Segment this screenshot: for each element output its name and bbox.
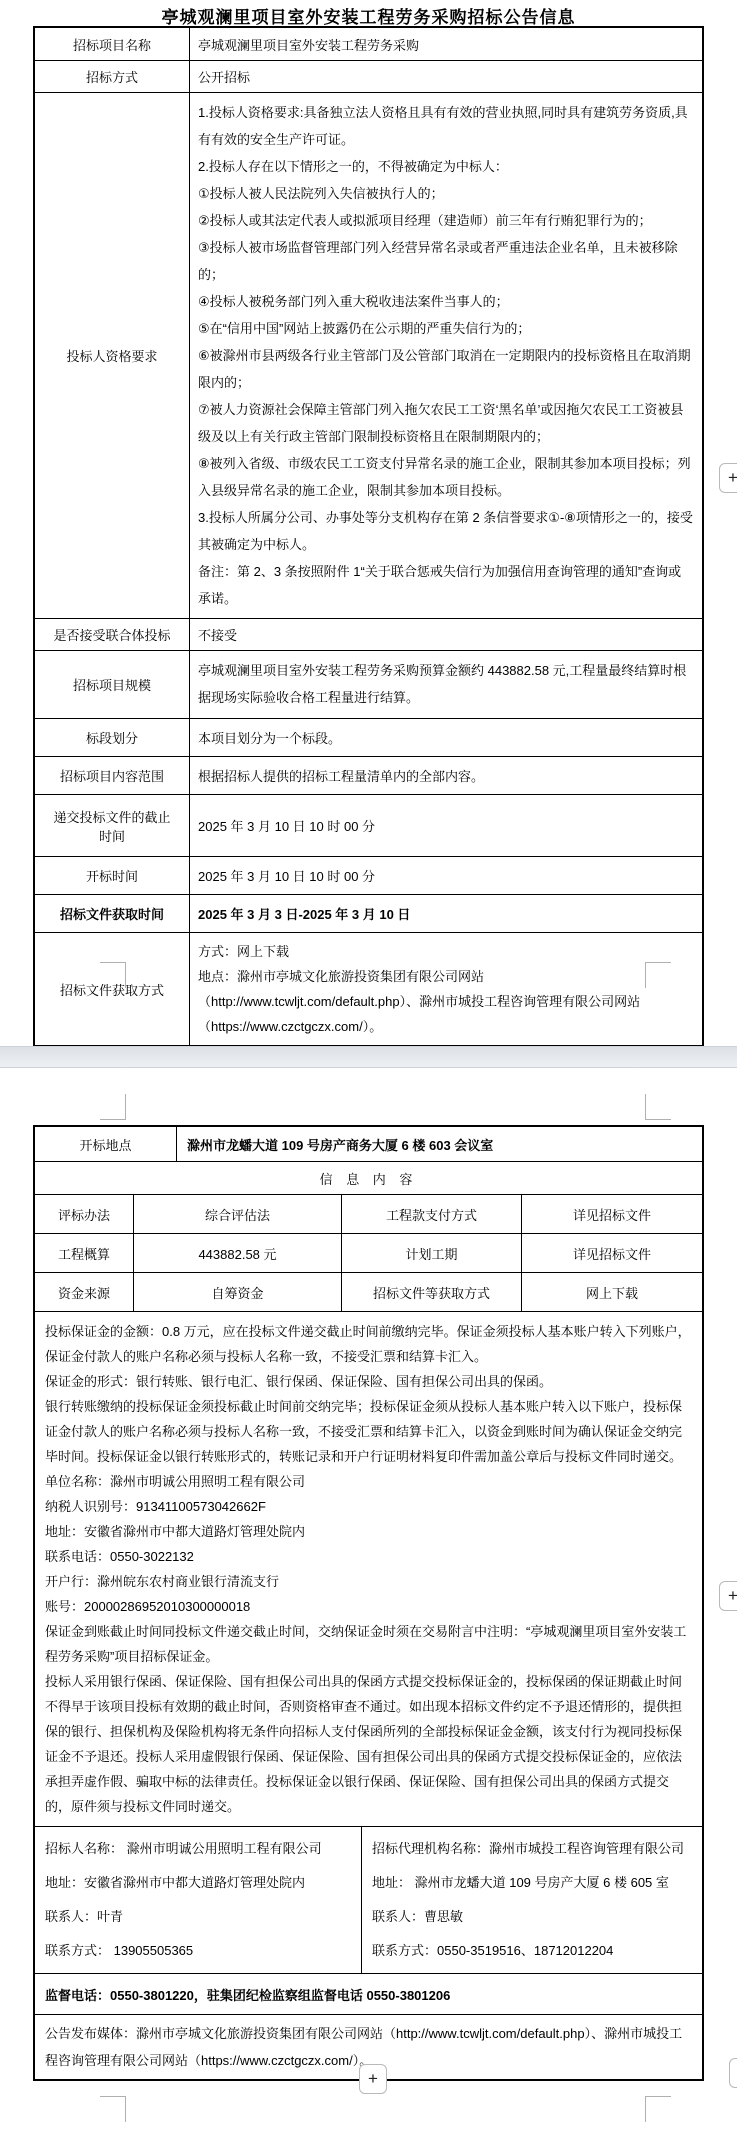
margin-mark [645,1094,671,1120]
bidder-address: 地址：安徽省滁州市中都大道路灯管理处院内 [45,1866,351,1900]
deposit-paragraph: 纳税人识别号：91341100573042662F [45,1494,692,1519]
bidder-name: 招标人名称： 滁州市明诚公用照明工程有限公司 [45,1832,351,1866]
plus-icon: + [728,1586,737,1606]
grid-row: 资金来源 自筹资金 招标文件等获取方式 网上下载 [35,1272,702,1311]
page-separator [0,1046,737,1068]
qualification-paragraph: ③投标人被市场监督管理部门列入经营异常名录或者严重违法企业名单，且未被移除的； [198,234,694,288]
page-1: 亭城观澜里项目室外安装工程劳务采购招标公告信息 招标项目名称 亭城观澜里项目室外… [0,0,737,1046]
row-value: 2025 年 3 月 10 日 10 时 00 分 [190,795,702,856]
table-row: 开标时间 2025 年 3 月 10 日 10 时 00 分 [35,856,702,894]
document-editor: 亭城观澜里项目室外安装工程劳务采购招标公告信息 招标项目名称 亭城观澜里项目室外… [0,0,737,2130]
deposit-paragraph: 联系电话：0550-3022132 [45,1544,692,1569]
add-column-button[interactable]: + [729,2058,737,2088]
table-row: 招标项目内容范围 根据招标人提供的招标工程量清单内的全部内容。 [35,756,702,794]
insert-row-button[interactable]: + [719,463,737,493]
scale-text: 亭城观澜里项目室外安装工程劳务采购预算金额约 443882.58 元,工程量最终… [198,657,694,711]
deposit-paragraph: 单位名称：滁州市明诚公用照明工程有限公司 [45,1469,692,1494]
qualification-paragraph: 2.投标人存在以下情形之一的，不得被确定为中标人： [198,153,694,180]
insert-row-button[interactable]: + [719,1581,737,1611]
qualification-paragraph: ⑥被滁州市县两级各行业主管部门及公管部门取消在一定期限内的投标资格且在取消期限内… [198,342,694,396]
row-value: 2025 年 3 月 3 日-2025 年 3 月 10 日 [190,895,702,932]
grid-cell: 评标办法 [35,1195,134,1233]
section-header-row: 信 息 内 容 [35,1161,702,1194]
info-content-table: 开标地点 滁州市龙蟠大道 109 号房产商务大厦 6 楼 603 会议室 信 息… [33,1125,704,2081]
row-label: 标段划分 [35,719,190,756]
row-label: 投标人资格要求 [35,93,190,618]
qualification-paragraph: ①投标人被人民法院列入失信被执行人的； [198,180,694,207]
grid-cell: 资金来源 [35,1273,134,1311]
grid-cell: 综合评估法 [134,1195,342,1233]
deposit-paragraph: 保证金的形式：银行转账、银行电汇、银行保函、保证保险、国有担保公司出具的保函。 [45,1369,692,1394]
deposit-paragraph: 地址：安徽省滁州市中都大道路灯管理处院内 [45,1519,692,1544]
grid-cell: 工程概算 [35,1234,134,1272]
qualification-paragraph: 1.投标人资格要求:具备独立法人资格且具有有效的营业执照,同时具有建筑劳务资质,… [198,99,694,153]
row-value: 亭城观澜里项目室外安装工程劳务采购 [190,28,702,60]
grid-row: 评标办法 综合评估法 工程款支付方式 详见招标文件 [35,1194,702,1233]
agency-address: 地址： 滁州市龙蟠大道 109 号房产大厦 6 楼 605 室 [372,1866,692,1900]
row-label: 开标地点 [35,1127,177,1161]
table-row: 招标方式 公开招标 [35,60,702,92]
grid-cell: 工程款支付方式 [342,1195,522,1233]
table-row: 标段划分 本项目划分为一个标段。 [35,718,702,756]
row-value: 滁州市龙蟠大道 109 号房产商务大厦 6 楼 603 会议室 [177,1127,702,1161]
row-value: 亭城观澜里项目室外安装工程劳务采购预算金额约 443882.58 元,工程量最终… [190,651,702,718]
grid-cell: 自筹资金 [134,1273,342,1311]
download-line: 地点：滁州市亭城文化旅游投资集团有限公司网站 [198,964,694,989]
tender-info-table: 招标项目名称 亭城观澜里项目室外安装工程劳务采购 招标方式 公开招标 投标人资格… [33,26,704,1046]
table-row-download: 招标文件获取方式 方式：网上下载 地点：滁州市亭城文化旅游投资集团有限公司网站 … [35,932,702,1045]
add-row-bottom-button[interactable]: + [359,2064,387,2094]
deposit-paragraph: 投标保证金的金额：0.8 万元，应在投标文件递交截止时间前缴纳完毕。保证金须投标… [45,1319,692,1369]
plus-icon: + [368,2069,378,2089]
table-row: 招标文件获取时间 2025 年 3 月 3 日-2025 年 3 月 10 日 [35,894,702,932]
qualification-paragraph: 备注：第 2、3 条按照附件 1“关于联合惩戒失信行为加强信用查询管理的通知”查… [198,558,694,612]
contacts-row: 招标人名称： 滁州市明诚公用照明工程有限公司 地址：安徽省滁州市中都大道路灯管理… [35,1826,702,1973]
agency-phone: 联系方式：0550-3519516、18712012204 [372,1934,692,1968]
row-label: 招标文件获取时间 [35,895,190,932]
row-label: 开标时间 [35,857,190,894]
bidder-contact: 联系人：叶青 [45,1900,351,1934]
table-row: 招标项目名称 亭城观澜里项目室外安装工程劳务采购 [35,28,702,60]
deposit-row: 投标保证金的金额：0.8 万元，应在投标文件递交截止时间前缴纳完毕。保证金须投标… [35,1311,702,1826]
bidder-phone: 联系方式： 13905505365 [45,1934,351,1968]
table-row: 开标地点 滁州市龙蟠大道 109 号房产商务大厦 6 楼 603 会议室 [35,1127,702,1161]
row-label: 招标方式 [35,61,190,92]
section-header: 信 息 内 容 [35,1162,702,1194]
grid-row: 工程概算 443882.58 元 计划工期 详见招标文件 [35,1233,702,1272]
grid-cell: 招标文件等获取方式 [342,1273,522,1311]
row-label: 招标项目名称 [35,28,190,60]
deposit-paragraph: 银行转账缴纳的投标保证金须投标截止时间前交纳完毕；投标保证金须从投标人基本账户转… [45,1394,692,1469]
row-label: 招标文件获取方式 [35,933,190,1045]
row-label: 是否接受联合体投标 [35,619,190,650]
margin-mark [100,1094,126,1120]
margin-mark [100,2096,126,2122]
plus-icon: + [728,468,737,488]
qualifications-text: 1.投标人资格要求:具备独立法人资格且具有有效的营业执照,同时具有建筑劳务资质,… [190,93,702,618]
margin-mark [645,962,671,988]
deposit-paragraph: 投标人采用银行保函、保证保险、国有担保公司出具的保函方式提交投标保证金的，投标保… [45,1669,692,1819]
row-label: 招标项目规模 [35,651,190,718]
grid-cell: 详见招标文件 [522,1234,702,1272]
download-line: （http://www.tcwljt.com/default.php）、滁州市城… [198,989,694,1014]
row-value: 根据招标人提供的招标工程量清单内的全部内容。 [190,757,702,794]
page-title: 亭城观澜里项目室外安装工程劳务采购招标公告信息 [0,0,737,26]
row-value: 不接受 [190,619,702,650]
grid-cell: 详见招标文件 [522,1195,702,1233]
row-label: 递交投标文件的截止时间 [35,795,190,856]
qualification-paragraph: 3.投标人所属分公司、办事处等分支机构存在第 2 条信誉要求①-⑧项情形之一的，… [198,504,694,558]
table-row-qualifications: 投标人资格要求 1.投标人资格要求:具备独立法人资格且具有有效的营业执照,同时具… [35,92,702,618]
table-row: 是否接受联合体投标 不接受 [35,618,702,650]
qualification-paragraph: ⑧被列入省级、市级农民工工资支付异常名录的施工企业，限制其参加本项目投标；列入县… [198,450,694,504]
deposit-paragraph: 账号：20000286952010300000018 [45,1594,692,1619]
margin-mark [100,962,126,988]
supervision-row: 监督电话：0550-3801220，驻集团纪检监察组监督电话 0550-3801… [35,1973,702,2014]
deposit-text: 投标保证金的金额：0.8 万元，应在投标文件递交截止时间前缴纳完毕。保证金须投标… [35,1312,702,1826]
table-row: 递交投标文件的截止时间 2025 年 3 月 10 日 10 时 00 分 [35,794,702,856]
row-value: 2025 年 3 月 10 日 10 时 00 分 [190,857,702,894]
agency-name: 招标代理机构名称：滁州市城投工程咨询管理有限公司 [372,1832,692,1866]
page-2: 开标地点 滁州市龙蟠大道 109 号房产商务大厦 6 楼 603 会议室 信 息… [0,1068,737,2128]
grid-cell: 443882.58 元 [134,1234,342,1272]
bidder-block: 招标人名称： 滁州市明诚公用照明工程有限公司 地址：安徽省滁州市中都大道路灯管理… [35,1827,362,1973]
margin-mark [645,2096,671,2122]
supervision-text: 监督电话：0550-3801220，驻集团纪检监察组监督电话 0550-3801… [35,1974,702,2014]
row-label: 招标项目内容范围 [35,757,190,794]
qualification-paragraph: ②投标人或其法定代表人或拟派项目经理（建造师）前三年有行贿犯罪行为的； [198,207,694,234]
row-value: 公开招标 [190,61,702,92]
agency-block: 招标代理机构名称：滁州市城投工程咨询管理有限公司 地址： 滁州市龙蟠大道 109… [362,1827,702,1973]
download-line: 方式：网上下载 [198,939,694,964]
qualification-paragraph: ⑦被人力资源社会保障主管部门列入拖欠农民工工资‘黑名单’或因拖欠农民工工资被县级… [198,396,694,450]
qualification-paragraph: ④投标人被税务部门列入重大税收违法案件当事人的； [198,288,694,315]
grid-cell: 计划工期 [342,1234,522,1272]
agency-contact: 联系人：曹思敏 [372,1900,692,1934]
deposit-paragraph: 保证金到账截止时间同投标文件递交截止时间，交纳保证金时须在交易附言中注明：“亭城… [45,1619,692,1669]
table-row: 招标项目规模 亭城观澜里项目室外安装工程劳务采购预算金额约 443882.58 … [35,650,702,718]
download-text: 方式：网上下载 地点：滁州市亭城文化旅游投资集团有限公司网站 （http://w… [190,933,702,1045]
grid-cell: 网上下载 [522,1273,702,1311]
qualification-paragraph: ⑤在“信用中国”网站上披露仍在公示期的严重失信行为的； [198,315,694,342]
download-line: （https://www.czctgczx.com/）。 [198,1014,694,1039]
deposit-paragraph: 开户行：滁州皖东农村商业银行清流支行 [45,1569,692,1594]
row-value: 本项目划分为一个标段。 [190,719,702,756]
